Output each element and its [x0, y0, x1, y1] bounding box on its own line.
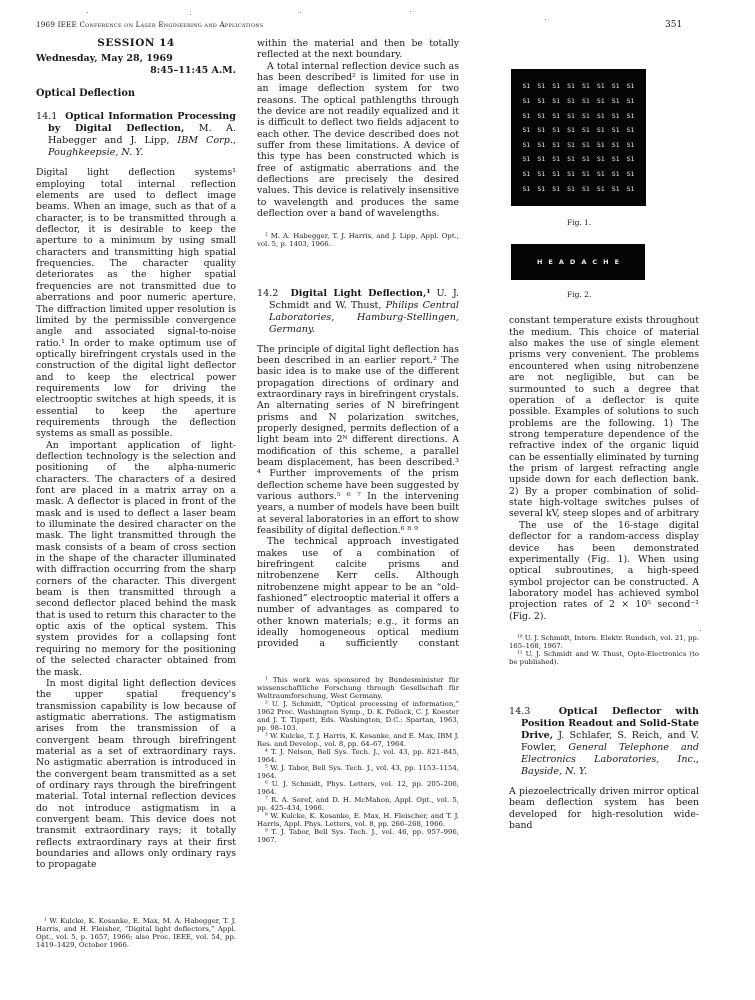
matrix-character: S1: [593, 138, 608, 153]
matrix-character: S1: [519, 152, 534, 167]
session-date: Wednesday, May 28, 1969: [36, 53, 236, 64]
body-paragraph: An important application of light-deflec…: [36, 440, 236, 678]
matrix-character: S1: [519, 79, 534, 94]
body-continuation: The technical approach investigated make…: [509, 316, 699, 520]
paper-number: 14.3: [509, 706, 530, 717]
matrix-character: S1: [608, 108, 623, 123]
matrix-character: S1: [519, 138, 534, 153]
matrix-character: S1: [579, 108, 594, 123]
matrix-character: S1: [623, 152, 638, 167]
matrix-character: S1: [593, 167, 608, 182]
footnote: ⁸ W. Kulcke, K. Kosanke, E. Max, H. Flei…: [257, 812, 459, 828]
footnote: ⁶ U. J. Schmidt, Phys. Letters, vol. 12,…: [257, 780, 459, 796]
footnote: ¹¹ U. J. Schmidt and W. Thust, Opto-Elec…: [509, 650, 699, 666]
matrix-character: S1: [534, 181, 549, 196]
matrix-character: S1: [549, 138, 564, 153]
footnote: ⁹ T. J. Tabor, Bell Sys. Tech. J., vol. …: [257, 828, 459, 844]
matrix-character: S1: [623, 123, 638, 138]
projected-letter: D: [570, 258, 575, 266]
section-title: Optical Deflection: [36, 88, 236, 99]
matrix-character: S1: [608, 138, 623, 153]
matrix-character: S1: [579, 79, 594, 94]
scan-speck: [410, 11, 411, 12]
matrix-character: S1: [608, 152, 623, 167]
matrix-character: S1: [623, 181, 638, 196]
matrix-character: S1: [549, 94, 564, 109]
body-paragraph: The principle of digital light deflectio…: [257, 344, 459, 537]
scan-speck: [87, 12, 88, 13]
matrix-character: S1: [564, 123, 579, 138]
matrix-character: S1: [534, 94, 549, 109]
matrix-character: S1: [623, 167, 638, 182]
matrix-character: S1: [549, 108, 564, 123]
matrix-character: S1: [608, 123, 623, 138]
paper-14-3-heading: 14.3 Optical Deflector with Position Rea…: [509, 706, 699, 778]
matrix-character: S1: [593, 152, 608, 167]
figure-2-projected-word: HEADACHE: [511, 244, 645, 280]
column-1: SESSION 14 Wednesday, May 28, 1969 8:45–…: [36, 38, 236, 949]
matrix-character: S1: [623, 79, 638, 94]
matrix-character: S1: [519, 108, 534, 123]
matrix-character: S1: [579, 138, 594, 153]
body-paragraph: within the material and then be totally …: [257, 38, 459, 61]
matrix-character: S1: [593, 79, 608, 94]
body-paragraph: A piezoelectrically driven mirror optica…: [509, 786, 699, 831]
matrix-character: S1: [623, 94, 638, 109]
figure-1-image: S1S1S1S1S1S1S1S1S1S1S1S1S1S1S1S1S1S1S1S1…: [511, 69, 646, 206]
projected-letter: A: [581, 258, 586, 266]
paper-number: 14.1: [36, 111, 57, 122]
matrix-character: S1: [623, 108, 638, 123]
footnote: ⁷ R. A. Soref, and D. H. McMahon, Appl. …: [257, 796, 459, 812]
matrix-character: S1: [579, 94, 594, 109]
matrix-character: S1: [549, 152, 564, 167]
footnote: ¹⁰ U. J. Schmidt, Intern. Elektr. Rundsc…: [509, 634, 699, 650]
matrix-character: S1: [579, 152, 594, 167]
matrix-character: S1: [519, 167, 534, 182]
matrix-character: S1: [593, 181, 608, 196]
projected-letter: H: [537, 258, 542, 266]
session-time: 8:45–11:45 A.M.: [36, 65, 236, 76]
body-paragraph: The technical approach investigated make…: [257, 536, 459, 650]
matrix-character: S1: [519, 123, 534, 138]
matrix-character: S1: [534, 138, 549, 153]
footnote: ¹ This work was sponsored by Bundesminis…: [257, 676, 459, 700]
body-paragraph: The use of the 16-stage digital deflecto…: [509, 520, 699, 622]
body-paragraph: The technical approach investigated make…: [509, 316, 699, 520]
matrix-character: S1: [579, 167, 594, 182]
footnotes-14-1-col1: ¹ W. Kulcke, K. Kosanke, E. Max, M. A. H…: [36, 917, 236, 949]
projected-letter: E: [615, 258, 619, 266]
matrix-character: S1: [534, 167, 549, 182]
matrix-character: S1: [564, 152, 579, 167]
footnote: ¹ W. Kulcke, K. Kosanke, E. Max, M. A. H…: [36, 917, 236, 949]
matrix-character: S1: [564, 167, 579, 182]
matrix-character: S1: [534, 123, 549, 138]
footnotes-14-2-col2: ¹ This work was sponsored by Bundesminis…: [257, 676, 459, 844]
matrix-character: S1: [549, 79, 564, 94]
matrix-character: S1: [519, 181, 534, 196]
matrix-character: S1: [549, 181, 564, 196]
scan-speck: [545, 19, 546, 20]
page-number: 351: [665, 20, 682, 30]
body-paragraph: In most digital light deflection devices…: [36, 678, 236, 871]
matrix-character: S1: [564, 108, 579, 123]
scan-speck: [190, 14, 191, 15]
matrix-character: S1: [564, 181, 579, 196]
session-title: SESSION 14: [36, 38, 236, 49]
figure-2-image: HEADACHE: [511, 244, 645, 280]
running-head: 1969 IEEE Conference on Laser Engineerin…: [36, 20, 336, 29]
projected-letter: A: [559, 258, 564, 266]
footnotes-14-1-col2: ² M. A. Habegger, T. J. Harris, and J. L…: [257, 232, 459, 248]
footnote: ⁵ W. J. Tabor, Bell Sys. Tech. J., vol. …: [257, 764, 459, 780]
scan-speck: [700, 630, 701, 631]
footnote: ³ W. Kulcke, T. J. Harris, K. Kosanke, a…: [257, 732, 459, 748]
matrix-character: S1: [549, 167, 564, 182]
scan-speck: [300, 12, 301, 13]
matrix-character: S1: [564, 79, 579, 94]
paper-title: Digital Light Deflection,¹: [290, 288, 430, 299]
matrix-character: S1: [593, 94, 608, 109]
paper-14-1-heading: 14.1 Optical Information Processing by D…: [36, 111, 236, 159]
matrix-character: S1: [564, 138, 579, 153]
matrix-character: S1: [549, 123, 564, 138]
figure-1-character-matrix: S1S1S1S1S1S1S1S1S1S1S1S1S1S1S1S1S1S1S1S1…: [519, 79, 638, 196]
matrix-character: S1: [534, 108, 549, 123]
paper-page: 1969 IEEE Conference on Laser Engineerin…: [0, 0, 755, 1000]
body-paragraph: Digital light deflection systems¹ employ…: [36, 167, 236, 439]
paper-14-2-heading: 14.2 Digital Light Deflection,¹ U. J. Sc…: [257, 288, 459, 336]
projected-letter: C: [592, 258, 597, 266]
projected-letter: E: [548, 258, 552, 266]
matrix-character: S1: [593, 123, 608, 138]
figure-2-caption: Fig. 2.: [567, 290, 591, 299]
matrix-character: S1: [564, 94, 579, 109]
column-3: The technical approach investigated make…: [509, 316, 699, 831]
footnote: ² M. A. Habegger, T. J. Harris, and J. L…: [257, 232, 459, 248]
matrix-character: S1: [608, 167, 623, 182]
footnotes-14-2-col3: ¹⁰ U. J. Schmidt, Intern. Elektr. Rundsc…: [509, 634, 699, 666]
footnote: ² U. J. Schmidt, “Optical processing of …: [257, 700, 459, 732]
footnote: ⁴ T. J. Nelson, Bell Sys. Tech. J., vol.…: [257, 748, 459, 764]
matrix-character: S1: [608, 94, 623, 109]
column-2: within the material and then be totally …: [257, 38, 459, 844]
figure-1-caption: Fig. 1.: [567, 218, 591, 227]
matrix-character: S1: [608, 79, 623, 94]
matrix-character: S1: [579, 123, 594, 138]
paper-number: 14.2: [257, 288, 278, 299]
matrix-character: S1: [534, 152, 549, 167]
matrix-character: S1: [593, 108, 608, 123]
body-paragraph: A total internal reflection device such …: [257, 61, 459, 220]
matrix-character: S1: [534, 79, 549, 94]
matrix-character: S1: [579, 181, 594, 196]
matrix-character: S1: [608, 181, 623, 196]
projected-letter: H: [603, 258, 608, 266]
matrix-character: S1: [519, 94, 534, 109]
matrix-character: S1: [623, 138, 638, 153]
